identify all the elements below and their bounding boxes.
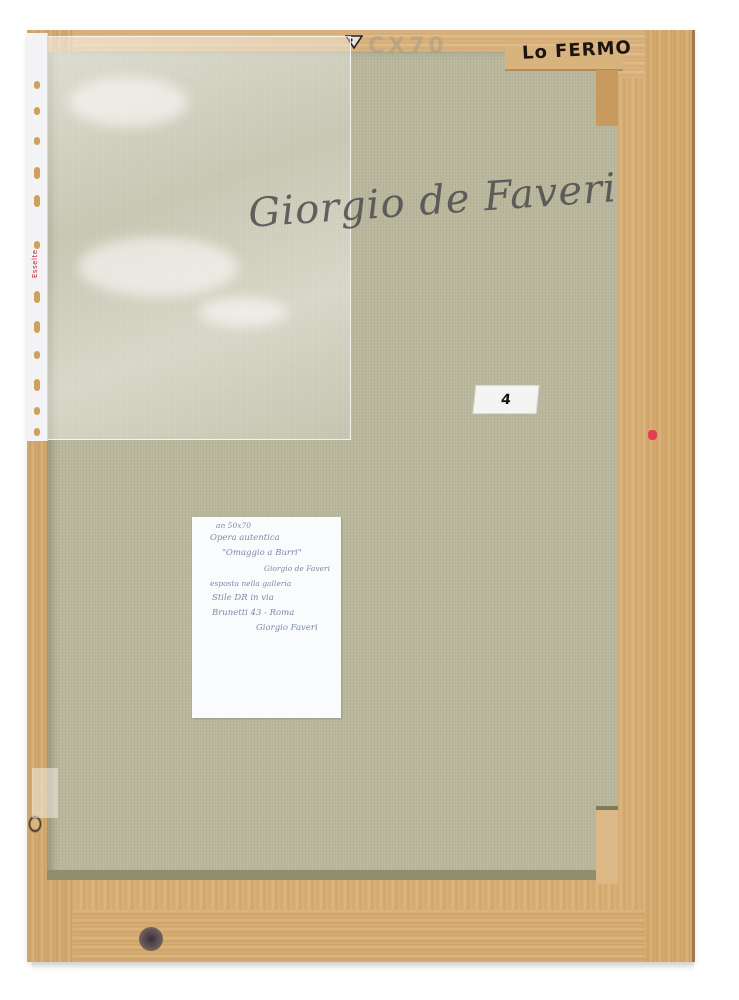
frame-rail-right [645,30,695,962]
inventory-number-label: 4 [472,385,539,414]
corner-key-bottom-right [596,806,618,884]
punch-hole [34,137,40,145]
note-line: Stile DR in via [212,591,341,606]
authentication-note-card: an 50x70 Opera autentica "Omaggio a Burr… [192,517,341,718]
note-line: Giorgio de Faveri [264,561,341,576]
stencil-mark: CX70 [368,34,448,59]
sleeve-glare [198,297,288,327]
punch-hole [34,407,40,415]
red-paint-mark [648,430,657,440]
punch-hole [34,167,40,179]
punch-hole [34,195,40,207]
frame-edge-shadow [692,30,695,962]
note-line: Opera autentica [210,531,341,546]
punch-hole [34,428,40,436]
note-line: Giorgio Faveri [256,621,341,636]
sleeve-punched-strip: Esselte [27,33,48,441]
punch-hole [34,379,40,391]
corner-key-top-right [596,70,618,126]
punch-hole [34,321,40,333]
punch-hole [34,351,40,359]
sleeve-glare [68,77,188,127]
sleeve-glare [78,237,238,297]
note-line: Brunetti 43 - Roma [212,606,341,621]
wood-knot-bottom [139,927,163,951]
punch-hole [34,81,40,89]
sleeve-brand-logo: Esselte [31,218,41,278]
inventory-number: 4 [500,392,511,408]
punch-hole [34,291,40,303]
note-line: an 50x70 [216,521,341,531]
frame-rail-bottom [27,910,695,962]
note-line: "Omaggio a Burri" [222,546,341,561]
note-line: esposta nella galleria [210,576,341,591]
worn-paper-label [32,768,58,818]
plastic-sleeve [47,36,351,440]
punch-hole [34,107,40,115]
